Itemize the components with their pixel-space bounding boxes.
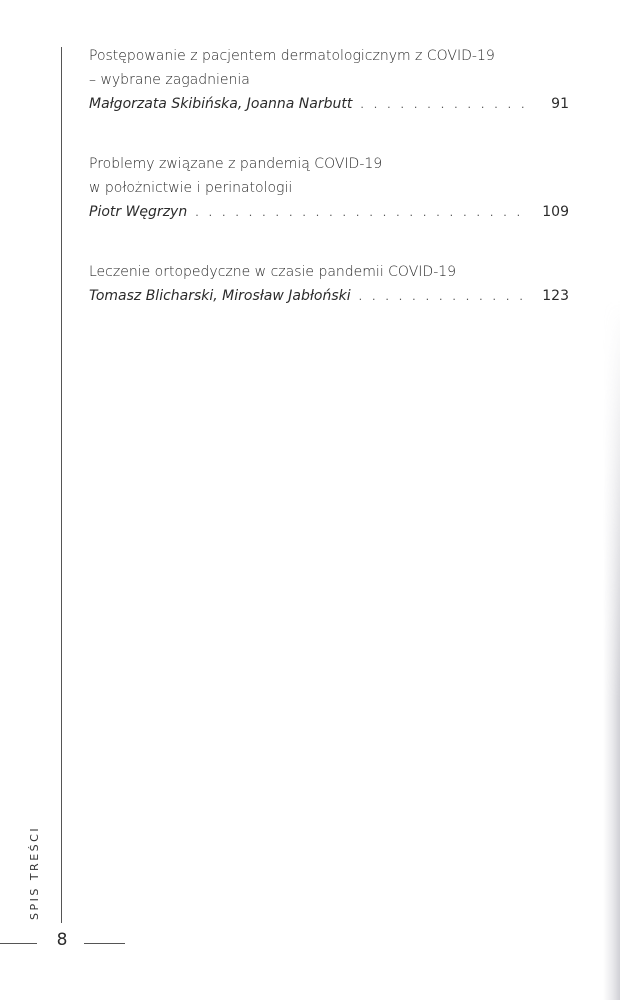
page-number: 8 — [52, 930, 72, 950]
dot-leader: . . . . . . . . . . . . . . . . . . . . … — [360, 93, 529, 117]
entry-authors: Piotr Węgrzyn — [89, 200, 187, 224]
entry-page-number: 109 — [535, 200, 569, 224]
running-head: SPIS TREŚCI — [28, 826, 41, 920]
entry-authors: Tomasz Blicharski, Mirosław Jabłoński — [89, 284, 351, 308]
entry-page-number: 123 — [535, 284, 569, 308]
page-edge-shadow — [596, 0, 620, 1000]
margin-rule — [61, 47, 62, 923]
folio-rule-right — [84, 943, 125, 944]
entry-author-row: Piotr Węgrzyn . . . . . . . . . . . . . … — [89, 200, 569, 225]
toc-entry[interactable]: Postępowanie z pacjentem dermatologiczny… — [89, 44, 569, 117]
entry-page-number: 91 — [535, 92, 569, 116]
entry-author-row: Małgorzata Skibińska, Joanna Narbutt . .… — [89, 92, 569, 117]
entry-title-line: Problemy związane z pandemią COVID-19 — [89, 152, 569, 176]
toc-entry[interactable]: Problemy związane z pandemią COVID-19 w … — [89, 152, 569, 225]
dot-leader: . . . . . . . . . . . . . . . . . . . . … — [359, 285, 529, 309]
folio-rule-left — [0, 943, 37, 944]
entry-title-line: – wybrane zagadnienia — [89, 68, 569, 92]
entry-authors: Małgorzata Skibińska, Joanna Narbutt — [89, 92, 352, 116]
dot-leader: . . . . . . . . . . . . . . . . . . . . … — [195, 201, 529, 225]
entry-title-line: Leczenie ortopedyczne w czasie pandemii … — [89, 260, 569, 284]
entry-title-line: w położnictwie i perinatologii — [89, 176, 569, 200]
entry-author-row: Tomasz Blicharski, Mirosław Jabłoński . … — [89, 284, 569, 309]
entry-title-line: Postępowanie z pacjentem dermatologiczny… — [89, 44, 569, 68]
toc-entry[interactable]: Leczenie ortopedyczne w czasie pandemii … — [89, 260, 569, 309]
